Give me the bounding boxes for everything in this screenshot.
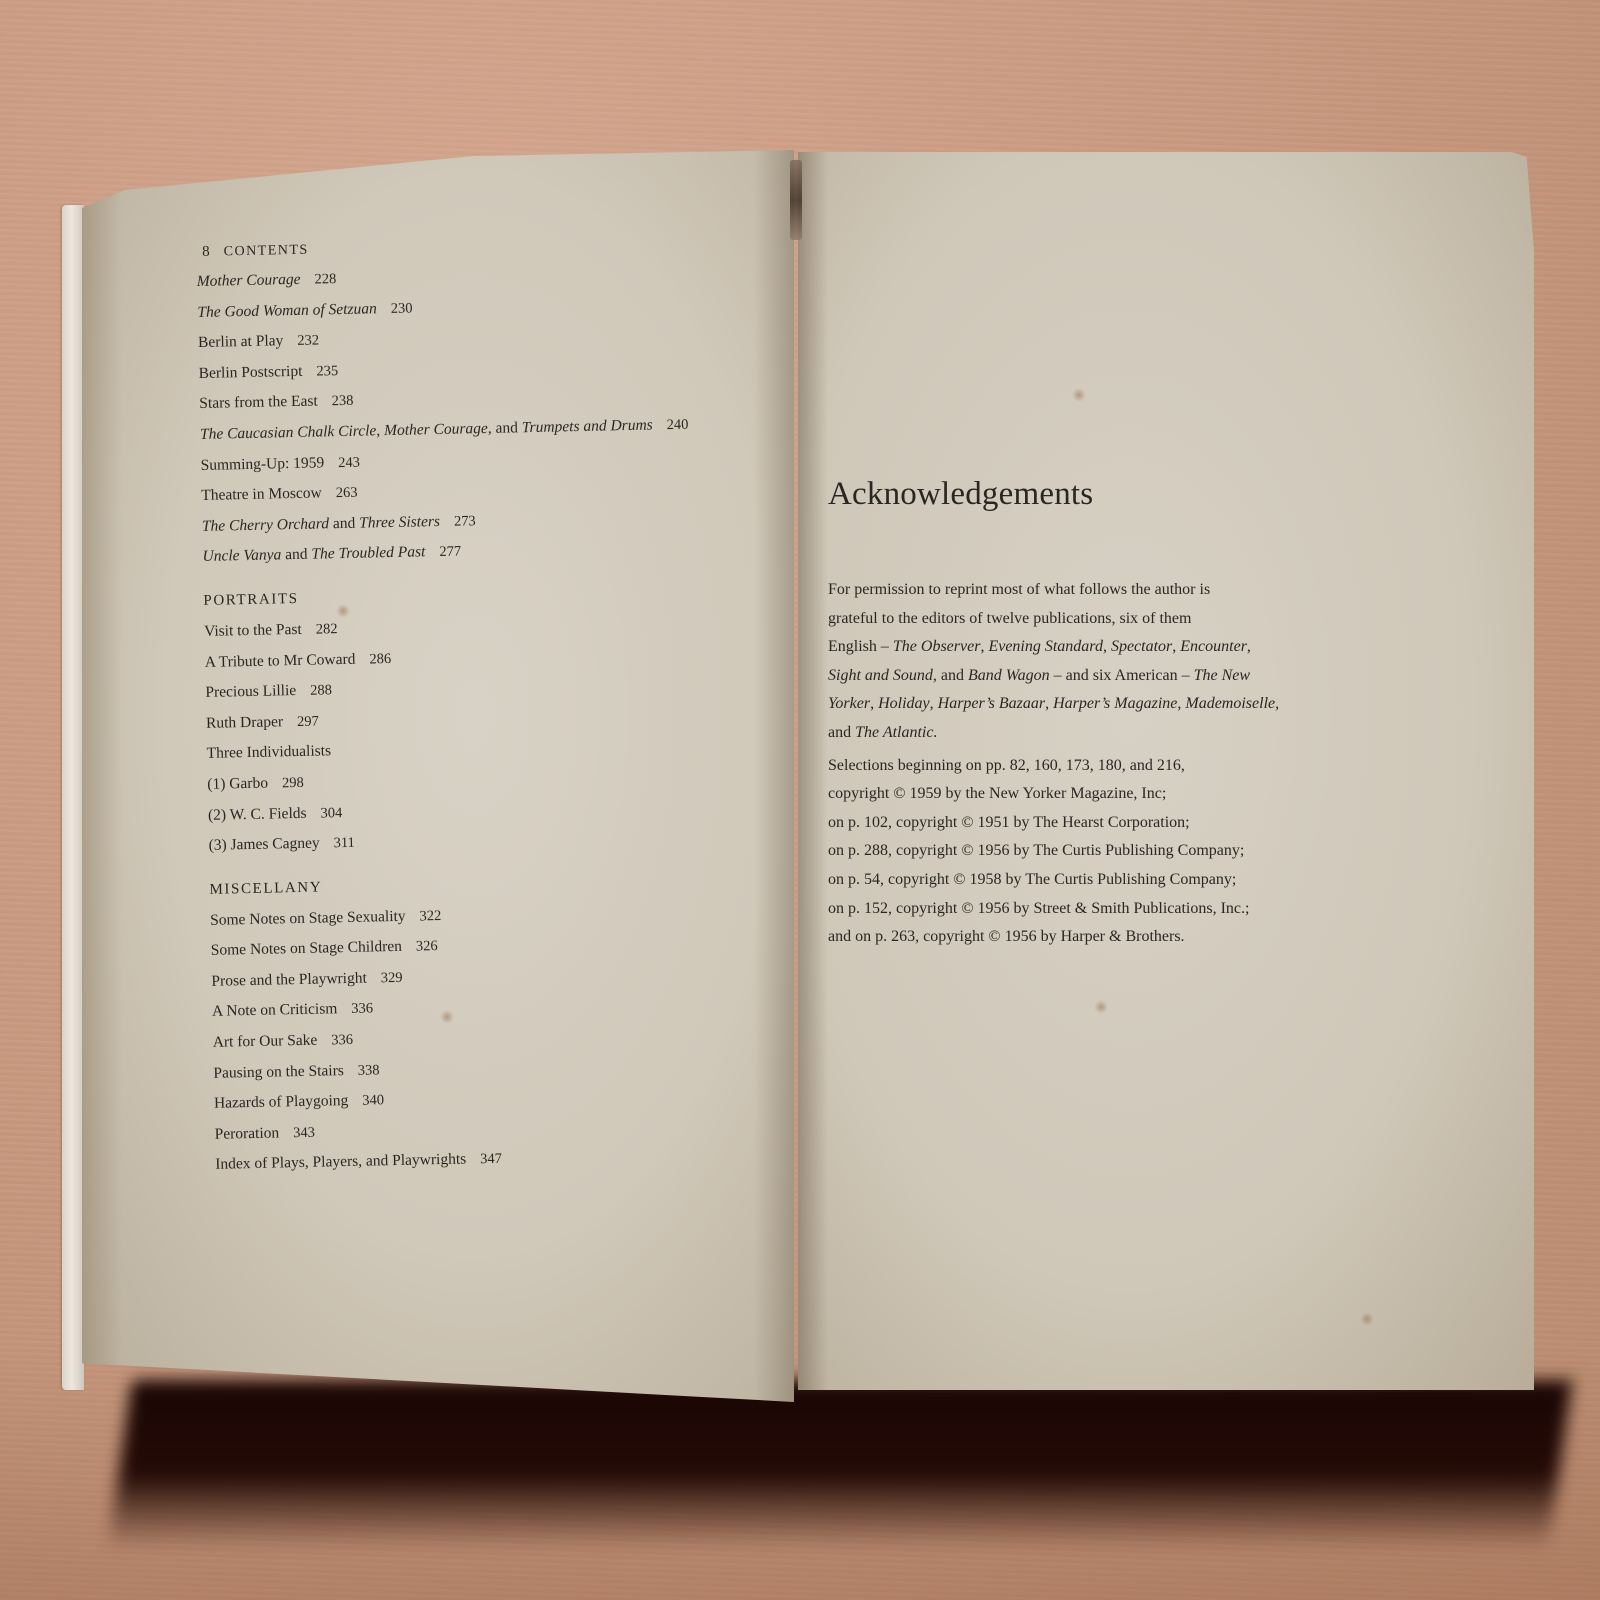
foxing-spot — [1094, 1000, 1108, 1014]
publication-name: The Atlantic. — [855, 724, 937, 741]
text-run: English – — [828, 638, 893, 655]
toc-group-plays: Mother Courage228The Good Woman of Setzu… — [196, 255, 782, 573]
toc-page-number: 286 — [369, 651, 391, 667]
copyright-line: on p. 152, copyright © 1956 by Street & … — [828, 895, 1388, 924]
toc-page-number: 240 — [667, 417, 689, 433]
toc-page-number: 336 — [351, 1001, 373, 1017]
toc-page-number: 326 — [416, 938, 438, 954]
copyright-line: Selections beginning on pp. 82, 160, 173… — [828, 752, 1388, 781]
toc-entry-title: (2) W. C. Fields — [208, 804, 307, 823]
toc-page-number: 297 — [297, 713, 319, 729]
publication-name: Evening Standard — [988, 638, 1103, 655]
toc-entry-title: Pausing on the Stairs — [213, 1062, 344, 1082]
toc-group-miscellany: Some Notes on Stage Sexuality322Some Not… — [210, 893, 796, 1180]
text-run: , — [1103, 638, 1111, 655]
toc-entry-title: Ruth Draper — [206, 713, 283, 732]
text-run: , — [930, 695, 938, 712]
toc-entry-title: (1) Garbo — [207, 775, 268, 793]
publication-name: Sight and Sound — [828, 667, 933, 684]
toc-page-number: 288 — [310, 682, 332, 698]
toc-entry-title: Three Sisters — [359, 513, 440, 532]
toc-page-number: 232 — [297, 333, 319, 349]
toc-entry-title: A Note on Criticism — [212, 1001, 338, 1021]
acknowledgement-paragraph: For permission to reprint most of what f… — [828, 576, 1388, 748]
toc-page-number: 298 — [282, 775, 304, 791]
copyright-line: copyright © 1959 by the New Yorker Magaz… — [828, 780, 1388, 809]
publication-name: Harper’s Bazaar — [938, 695, 1045, 712]
toc-entry-title: Uncle Vanya — [202, 547, 281, 566]
toc-page-number: 329 — [381, 970, 403, 986]
toc-entry-title: Hazards of Playgoing — [214, 1092, 349, 1112]
text-line: English – The Observer, Evening Standard… — [828, 633, 1388, 662]
toc-entry-title: Prose and the Playwright — [211, 969, 367, 989]
toc-entry-title: Three Individualists — [206, 743, 331, 763]
toc-entry-title: Some Notes on Stage Children — [211, 938, 402, 959]
toc-entry-title: Precious Lillie — [205, 682, 296, 701]
copyright-line: on p. 102, copyright © 1951 by The Hears… — [828, 809, 1388, 838]
publication-name: Encounter — [1180, 638, 1247, 655]
toc-page-number: 338 — [358, 1062, 380, 1078]
toc-page-number: 263 — [336, 485, 358, 501]
toc-entry-title: Berlin at Play — [198, 332, 284, 351]
toc-page-number: 228 — [314, 271, 336, 287]
copyright-paragraph: Selections beginning on pp. 82, 160, 173… — [828, 752, 1388, 952]
toc-page-number: 230 — [391, 300, 413, 316]
toc-page-number: 304 — [320, 805, 342, 821]
book-spine — [62, 205, 84, 1390]
toc-entry-title: Theatre in Moscow — [201, 485, 322, 505]
toc-entry-title: Some Notes on Stage Sexuality — [210, 907, 406, 928]
toc-page-number: 343 — [293, 1125, 315, 1141]
page-number: 8 — [202, 244, 210, 261]
toc-entry-title: (3) James Cagney — [208, 835, 319, 854]
gutter-tear — [790, 160, 802, 240]
text-run: – and six American – — [1050, 667, 1194, 684]
acknowledgements: Acknowledgements For permission to repri… — [828, 474, 1388, 952]
toc-page-number: 273 — [454, 513, 476, 529]
toc-page-number: 235 — [316, 363, 338, 379]
copyright-line: and on p. 263, copyright © 1956 by Harpe… — [828, 923, 1388, 952]
text-run: , — [1045, 695, 1053, 712]
publication-name: Spectator — [1111, 638, 1172, 655]
toc-entry-title: Index of Plays, Players, and Playwrights — [215, 1151, 466, 1173]
publication-name: Holiday — [878, 695, 930, 712]
copyright-line: on p. 54, copyright © 1958 by The Curtis… — [828, 866, 1388, 895]
text-line: grateful to the editors of twelve public… — [828, 605, 1388, 634]
toc-page-number: 311 — [333, 835, 355, 851]
toc-entry-title: Trumpets and Drums — [522, 416, 653, 436]
toc-page-number: 243 — [338, 454, 360, 470]
toc-entry-title: Peroration — [214, 1124, 279, 1142]
toc-entry-title: Visit to the Past — [204, 621, 302, 640]
toc-entry-title: The Cherry Orchard — [202, 515, 329, 535]
toc-entry-title: Summing-Up: 1959 — [200, 454, 324, 474]
text-run: , — [1247, 638, 1251, 655]
foxing-spot — [1360, 1312, 1374, 1326]
publication-name: Harper’s Magazine — [1053, 695, 1177, 712]
toc-entry-title: The Good Woman of Setzuan — [197, 300, 377, 321]
text-run: , and — [933, 667, 968, 684]
toc-entry-title: The Troubled Past — [311, 544, 425, 563]
toc-page-number: 282 — [316, 621, 338, 637]
toc-page-number: 277 — [439, 544, 461, 560]
text-run: , — [870, 695, 878, 712]
toc-entry-title: , and — [488, 419, 522, 437]
copyright-line: on p. 288, copyright © 1956 by The Curti… — [828, 837, 1388, 866]
toc-entry-title: Stars from the East — [199, 393, 318, 412]
text-run: For permission to reprint most of what f… — [828, 581, 1210, 598]
toc-entry-title: Mother Courage — [197, 271, 301, 290]
text-run: grateful to the editors of twelve public… — [828, 610, 1191, 627]
publication-name: Mademoiselle — [1185, 695, 1275, 712]
toc-entry-title: A Tribute to Mr Coward — [205, 650, 356, 670]
foxing-spot — [1072, 388, 1086, 402]
toc-page-number: 322 — [419, 908, 441, 924]
toc-group-portraits: Visit to the Past282A Tribute to Mr Cowa… — [204, 605, 789, 862]
toc-page-number: 238 — [332, 393, 354, 409]
toc-page-number: 347 — [480, 1151, 502, 1167]
toc-entry-title: Mother Courage — [384, 420, 488, 439]
text-run: , — [1275, 695, 1279, 712]
publication-name: The Observer — [893, 638, 981, 655]
toc-entry-title: Berlin Postscript — [199, 363, 303, 382]
toc-entry-title: and — [329, 514, 359, 532]
text-line: Yorker, Holiday, Harper’s Bazaar, Harper… — [828, 690, 1388, 719]
publication-name: Band Wagon — [968, 667, 1050, 684]
toc-page-number: 336 — [331, 1032, 353, 1048]
table-of-contents: 8 CONTENTS Mother Courage228The Good Wom… — [196, 232, 795, 1181]
toc-entry-title: and — [281, 546, 311, 564]
book-shadow — [108, 1380, 1572, 1550]
toc-entry-title: Art for Our Sake — [213, 1032, 318, 1051]
running-head-title: CONTENTS — [224, 243, 309, 261]
publication-name: Yorker — [828, 695, 870, 712]
page-title: Acknowledgements — [828, 474, 1388, 514]
publication-name: The New — [1194, 667, 1250, 684]
toc-entry-title: The Caucasian Chalk Circle — [200, 422, 377, 443]
toc-page-number: 340 — [362, 1093, 384, 1109]
text-line: and The Atlantic. — [828, 719, 1388, 748]
text-run: and — [828, 724, 855, 741]
text-line: For permission to reprint most of what f… — [828, 576, 1388, 605]
text-line: Sight and Sound, and Band Wagon – and si… — [828, 662, 1388, 691]
